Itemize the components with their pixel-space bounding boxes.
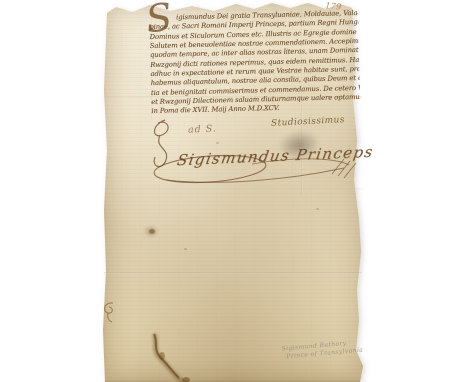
foxing-stain-core [149, 229, 155, 234]
paper-freckle [216, 142, 219, 144]
paper-freckle [336, 96, 339, 98]
ink-stain-streak [142, 328, 202, 382]
fold-crease-horizontal-2 [104, 188, 362, 190]
closing-address: ad S. [188, 123, 218, 136]
manuscript-photo: 179 S igismundus Dei gratia Transyluania… [0, 0, 468, 382]
margin-curl-mark [100, 300, 116, 324]
letter-body: igismundus Dei gratia Transyluaniae, Mol… [149, 9, 361, 120]
paper-freckle [316, 208, 319, 210]
fold-crease-horizontal-3 [104, 272, 362, 274]
paper-freckle [184, 248, 187, 250]
